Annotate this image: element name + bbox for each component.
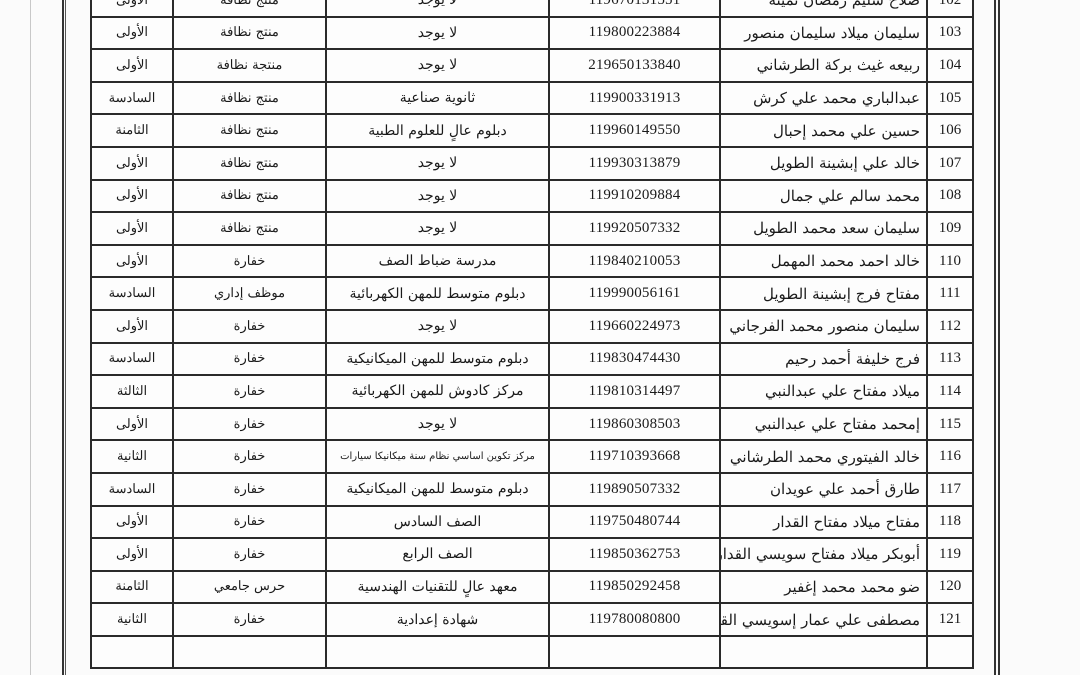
row-number-cell: 103 — [927, 17, 973, 50]
qualification-cell: دبلوم عالٍ للعلوم الطبية — [326, 114, 549, 147]
grade-cell: السادسة — [91, 473, 173, 506]
employee-name-cell: سليمان منصور محمد الفرجاني — [720, 310, 927, 343]
job-title-cell — [173, 636, 326, 669]
national-id-cell: 119810314497 — [549, 375, 720, 408]
table-row: 121مصطفى علي عمار إسويسي القدار119780080… — [91, 603, 973, 636]
national-id-cell: 119830474430 — [549, 343, 720, 376]
job-title-cell: منتج نظافة — [173, 114, 326, 147]
job-title-cell: منتج نظافة — [173, 82, 326, 115]
employee-name-cell: سليمان ميلاد سليمان منصور — [720, 17, 927, 50]
employee-name-cell: إمحمد مفتاح علي عبدالنبي — [720, 408, 927, 441]
qualification-cell: دبلوم متوسط للمهن الميكانيكية — [326, 473, 549, 506]
grade-cell: الأولى — [91, 310, 173, 343]
job-title-cell: منتج نظافة — [173, 180, 326, 213]
job-title-cell: خفارة — [173, 538, 326, 571]
grade-cell: السادسة — [91, 82, 173, 115]
grade-cell: الأولى — [91, 245, 173, 278]
grade-cell: الثانية — [91, 440, 173, 473]
qualification-cell: دبلوم متوسط للمهن الكهربائية — [326, 277, 549, 310]
employee-name-cell: مصطفى علي عمار إسويسي القدار — [720, 603, 927, 636]
qualification-cell: معهد عالٍ للتقنيات الهندسية — [326, 571, 549, 604]
national-id-cell — [549, 636, 720, 669]
employee-name-cell: خالد احمد محمد المهمل — [720, 245, 927, 278]
national-id-cell: 119930313879 — [549, 147, 720, 180]
employee-name-cell: ضو محمد محمد إغفير — [720, 571, 927, 604]
qualification-cell: لا يوجد — [326, 212, 549, 245]
employee-name-cell: عبدالباري محمد علي كرش — [720, 82, 927, 115]
row-number-cell: 115 — [927, 408, 973, 441]
row-number-cell: 107 — [927, 147, 973, 180]
job-title-cell: موظف إداري — [173, 277, 326, 310]
qualification-cell: لا يوجد — [326, 180, 549, 213]
table-row: 106حسين علي محمد إحبال119960149550دبلوم … — [91, 114, 973, 147]
employee-name-cell: أبوبكر ميلاد مفتاح سويسي القدار — [720, 538, 927, 571]
table-row: 115إمحمد مفتاح علي عبدالنبي119860308503ل… — [91, 408, 973, 441]
grade-cell: الأولى — [91, 408, 173, 441]
national-id-cell: 119800223884 — [549, 17, 720, 50]
qualification-cell: لا يوجد — [326, 310, 549, 343]
qualification-cell: لا يوجد — [326, 17, 549, 50]
employee-name-cell: فرج خليفة أحمد رحيم — [720, 343, 927, 376]
job-title-cell: منتج نظافة — [173, 0, 326, 17]
qualification-cell: لا يوجد — [326, 49, 549, 82]
row-number-cell: 121 — [927, 603, 973, 636]
qualification-cell: مركز تكوين اساسي نظام سنة ميكانيكا سيارا… — [326, 440, 549, 473]
employee-name-cell: مفتاح فرج إبشينة الطويل — [720, 277, 927, 310]
national-id-cell: 119850362753 — [549, 538, 720, 571]
table-row: 103سليمان ميلاد سليمان منصور119800223884… — [91, 17, 973, 50]
row-number-cell: 120 — [927, 571, 973, 604]
qualification-cell: ثانوية صناعية — [326, 82, 549, 115]
qualification-cell: لا يوجد — [326, 147, 549, 180]
job-title-cell: خفارة — [173, 440, 326, 473]
national-id-cell: 119860308503 — [549, 408, 720, 441]
table-row: 119أبوبكر ميلاد مفتاح سويسي القدار119850… — [91, 538, 973, 571]
employee-name-cell: مفتاح ميلاد مفتاح القدار — [720, 506, 927, 539]
table-row: 114ميلاد مفتاح علي عبدالنبي119810314497م… — [91, 375, 973, 408]
employee-name-cell: صلاح سليم رمضان نمينة — [720, 0, 927, 17]
job-title-cell: منتجة نظافة — [173, 49, 326, 82]
employee-name-cell: سليمان سعد محمد الطويل — [720, 212, 927, 245]
job-title-cell: خفارة — [173, 245, 326, 278]
table-row: 107خالد علي إبشينة الطويل119930313879لا … — [91, 147, 973, 180]
table-row: 118مفتاح ميلاد مفتاح القدار119750480744ا… — [91, 506, 973, 539]
table-row: 109سليمان سعد محمد الطويل119920507332لا … — [91, 212, 973, 245]
employee-name-cell: حسين علي محمد إحبال — [720, 114, 927, 147]
qualification-cell: الصف السادس — [326, 506, 549, 539]
row-number-cell: 118 — [927, 506, 973, 539]
job-title-cell: خفارة — [173, 506, 326, 539]
grade-cell: السادسة — [91, 277, 173, 310]
table-row: 102صلاح سليم رمضان نمينة119670131551لا ي… — [91, 0, 973, 17]
job-title-cell: منتج نظافة — [173, 212, 326, 245]
qualification-cell: مدرسة ضباط الصف — [326, 245, 549, 278]
qualification-cell: دبلوم متوسط للمهن الميكانيكية — [326, 343, 549, 376]
grade-cell: الأولى — [91, 212, 173, 245]
row-number-cell: 104 — [927, 49, 973, 82]
job-title-cell: حرس جامعي — [173, 571, 326, 604]
row-number-cell: 109 — [927, 212, 973, 245]
job-title-cell: خفارة — [173, 473, 326, 506]
national-id-cell: 119660224973 — [549, 310, 720, 343]
grade-cell: الثانية — [91, 603, 173, 636]
table-row: 105عبدالباري محمد علي كرش119900331913ثان… — [91, 82, 973, 115]
grade-cell: الأولى — [91, 147, 173, 180]
grade-cell: السادسة — [91, 343, 173, 376]
row-number-cell: 113 — [927, 343, 973, 376]
job-title-cell: خفارة — [173, 310, 326, 343]
grade-cell: الأولى — [91, 17, 173, 50]
grade-cell: الأولى — [91, 0, 173, 17]
qualification-cell: شهادة إعدادية — [326, 603, 549, 636]
job-title-cell: خفارة — [173, 375, 326, 408]
qualification-cell — [326, 636, 549, 669]
national-id-cell: 119850292458 — [549, 571, 720, 604]
row-number-cell: 102 — [927, 0, 973, 17]
qualification-cell: الصف الرابع — [326, 538, 549, 571]
table-row: 116خالد الفيتوري محمد الطرشاني1197103936… — [91, 440, 973, 473]
table-row: 108محمد سالم علي جمال119910209884لا يوجد… — [91, 180, 973, 213]
row-number-cell: 108 — [927, 180, 973, 213]
table-row: 112سليمان منصور محمد الفرجاني11966022497… — [91, 310, 973, 343]
qualification-cell: مركز كادوش للمهن الكهربائية — [326, 375, 549, 408]
national-id-cell: 119890507332 — [549, 473, 720, 506]
personnel-table-body: 102صلاح سليم رمضان نمينة119670131551لا ي… — [91, 0, 973, 668]
table-row: 110خالد احمد محمد المهمل119840210053مدرس… — [91, 245, 973, 278]
grade-cell: الأولى — [91, 180, 173, 213]
employee-name-cell: ميلاد مفتاح علي عبدالنبي — [720, 375, 927, 408]
national-id-cell: 119910209884 — [549, 180, 720, 213]
grade-cell: الأولى — [91, 538, 173, 571]
national-id-cell: 119750480744 — [549, 506, 720, 539]
employee-name-cell: خالد الفيتوري محمد الطرشاني — [720, 440, 927, 473]
national-id-cell: 119990056161 — [549, 277, 720, 310]
national-id-cell: 119920507332 — [549, 212, 720, 245]
grade-cell: الأولى — [91, 49, 173, 82]
row-number-cell: 105 — [927, 82, 973, 115]
national-id-cell: 119960149550 — [549, 114, 720, 147]
job-title-cell: منتج نظافة — [173, 147, 326, 180]
national-id-cell: 119840210053 — [549, 245, 720, 278]
grade-cell: الثامنة — [91, 114, 173, 147]
row-number-cell: 106 — [927, 114, 973, 147]
personnel-table: 102صلاح سليم رمضان نمينة119670131551لا ي… — [90, 0, 974, 669]
employee-name-cell: خالد علي إبشينة الطويل — [720, 147, 927, 180]
employee-name-cell: ربيعه غيث بركة الطرشاني — [720, 49, 927, 82]
national-id-cell: 119780080800 — [549, 603, 720, 636]
qualification-cell: لا يوجد — [326, 408, 549, 441]
grade-cell: الثامنة — [91, 571, 173, 604]
employee-name-cell: محمد سالم علي جمال — [720, 180, 927, 213]
grade-cell: الأولى — [91, 506, 173, 539]
national-id-cell: 119710393668 — [549, 440, 720, 473]
table-outer-border-left — [62, 0, 66, 675]
employee-name-cell: طارق أحمد علي عويدان — [720, 473, 927, 506]
row-number-cell — [927, 636, 973, 669]
row-number-cell: 110 — [927, 245, 973, 278]
personnel-table-container: 102صلاح سليم رمضان نمينة119670131551لا ي… — [90, 0, 968, 669]
job-title-cell: منتج نظافة — [173, 17, 326, 50]
row-number-cell: 116 — [927, 440, 973, 473]
national-id-cell: 119670131551 — [549, 0, 720, 17]
table-outer-border-right — [994, 0, 1000, 675]
employee-name-cell — [720, 636, 927, 669]
table-row: 120ضو محمد محمد إغفير119850292458معهد عا… — [91, 571, 973, 604]
page-edge-line — [30, 0, 31, 675]
grade-cell: الثالثة — [91, 375, 173, 408]
table-row: 117طارق أحمد علي عويدان119890507332دبلوم… — [91, 473, 973, 506]
table-row: 111مفتاح فرج إبشينة الطويل119990056161دب… — [91, 277, 973, 310]
job-title-cell: خفارة — [173, 408, 326, 441]
qualification-cell: لا يوجد — [326, 0, 549, 17]
table-row — [91, 636, 973, 669]
row-number-cell: 119 — [927, 538, 973, 571]
row-number-cell: 111 — [927, 277, 973, 310]
grade-cell — [91, 636, 173, 669]
national-id-cell: 119900331913 — [549, 82, 720, 115]
table-row: 104ربيعه غيث بركة الطرشاني219650133840لا… — [91, 49, 973, 82]
job-title-cell: خفارة — [173, 603, 326, 636]
row-number-cell: 114 — [927, 375, 973, 408]
row-number-cell: 117 — [927, 473, 973, 506]
table-row: 113فرج خليفة أحمد رحيم119830474430دبلوم … — [91, 343, 973, 376]
national-id-cell: 219650133840 — [549, 49, 720, 82]
row-number-cell: 112 — [927, 310, 973, 343]
job-title-cell: خفارة — [173, 343, 326, 376]
